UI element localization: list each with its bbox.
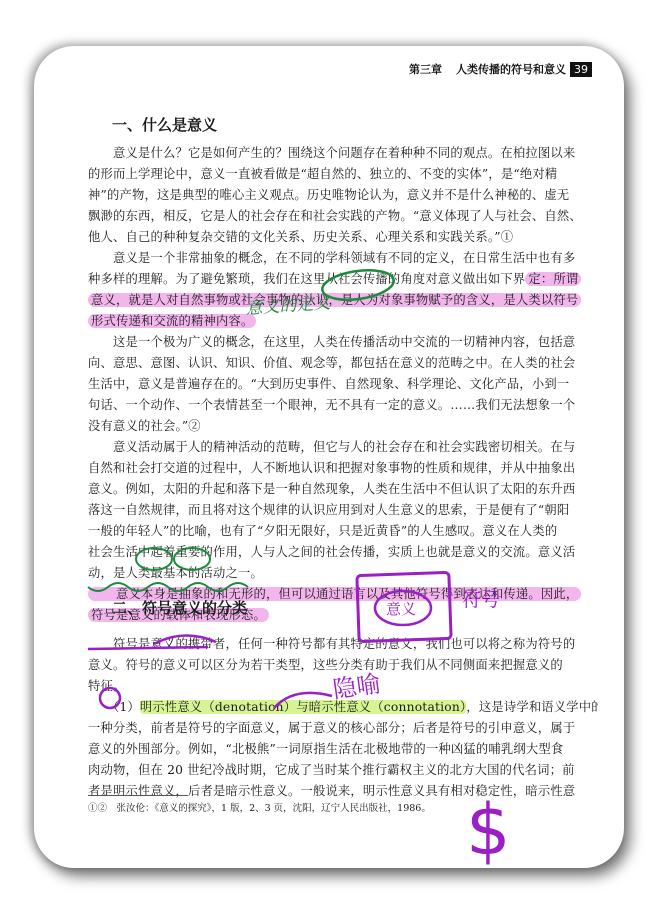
text-line: 种多样的理解。为了避免繁琐，我们在这里从社会传播的角度对意义做出如下界定：所谓 xyxy=(88,269,598,290)
footnote: ①② 张汝伦：《意义的探究》，1 版，2、3 页，沈阳，辽宁人民出版社，1986… xyxy=(88,802,431,816)
text-line: 特征。 xyxy=(88,676,598,697)
text-line: 飘渺的东西，相反，它是人的社会存在和社会实践的产物。“意义体现了人与社会、自然、 xyxy=(88,206,598,227)
text-line: 向、意思、意图、认识、知识、价值、观念等，都包括在意义的范畴之中。在人类的社会 xyxy=(88,353,598,374)
running-head: 第三章 人类传播的符号和意义 39 xyxy=(409,61,592,77)
text-line: 肉动物，但在 20 世纪冷战时期，它成了当时某个推行霸权主义的北方大国的代名词；… xyxy=(88,760,598,781)
text-line: 落这一自然规律，而且将对这个规律的认识应用到对人生意义的思索，于是便有了“朝阳 xyxy=(88,500,598,521)
footnote-divider xyxy=(88,795,188,796)
text-line: 一种分类，前者是符号的字面意义，属于意义的核心部分；后者是符号的引申意义，属于 xyxy=(88,718,598,739)
text-line: 一般的年轻人”的比喻，也有了“夕阳无限好，只是近黄昏”的人生感叹。意义在人类的 xyxy=(88,521,598,542)
text-line: 没有意义的社会。”② xyxy=(88,416,598,437)
text-line: 意义，就是人对自然事物或社会事物的认识，是人为对象事物赋予的含义，是人类以符号 xyxy=(88,290,598,311)
text-line: 他人、自己的种种复杂交错的文化关系、历史关系、心理关系和实践关系。”① xyxy=(88,227,598,248)
text-line: 的形而上学理论中，意义一直被看做是“超自然的、独立的、不变的实体”，是“绝对精 xyxy=(88,164,598,185)
text-line: 符号是意义的携带者，任何一种符号都有其特定的意义，我们也可以将之称为符号的 xyxy=(88,634,598,655)
text-line: 生活中，意义是普遍存在的。“大到历史事件、自然现象、科学理论、文化产品，小到一 xyxy=(88,374,598,395)
text-line: 神”的产物，这是典型的唯心主义观点。历史唯物论认为，意义并不是什么神秘的、虚无 xyxy=(88,185,598,206)
chapter-title: 人类传播的符号和意义 xyxy=(456,61,566,77)
chapter-label: 第三章 xyxy=(409,61,442,77)
section-heading-1: 一、什么是意义 xyxy=(112,114,217,135)
book-page: 第三章 人类传播的符号和意义 39 一、什么是意义 意义是什么？它是如何产生的？… xyxy=(34,46,624,868)
text-line: 意义是什么？它是如何产生的？围绕这个问题存在着种种不同的观点。在柏拉图以来 xyxy=(88,143,598,164)
text-line: 意义是一个非常抽象的概念，在不同的学科领域有不同的定义，在日常生活中也有多 xyxy=(88,248,598,269)
text-line: 自然和社会打交道的过程中，人不断地认识和把握对象事物的性质和规律，并从中抽象出 xyxy=(88,458,598,479)
text-line: 动，是人类最基本的活动之一。 xyxy=(88,563,598,584)
text-line: 这是一个极为广义的概念，在这里，人类在传播活动中交流的一切精神内容，包括意 xyxy=(88,332,598,353)
text-line: 意义。符号的意义可以区分为若干类型，这些分类有助于我们从不同侧面来把握意义的 xyxy=(88,655,598,676)
text-line: 意义的外围部分。例如，“北极熊”一词原指生活在北极地带的一种凶猛的哺乳纲大型食 xyxy=(88,739,598,760)
text-line: 形式传递和交流的精神内容。 xyxy=(88,311,598,332)
text-line: 意义活动属于人的精神活动的范畴，但它与人的社会存在和社会实践密切相关。在与 xyxy=(88,437,598,458)
text-line: 社会生活中起着重要的作用，人与人之间的社会传播，实质上也就是意义的交流。意义活 xyxy=(88,542,598,563)
page-number: 39 xyxy=(570,62,592,77)
text-line: （1）明示性意义（denotation）与暗示性意义（connotation），… xyxy=(88,697,598,718)
text-line: 者是明示性意义，后者是暗示性意义。一般说来，明示性意义具有相对稳定性，暗示性意 xyxy=(88,781,598,802)
section-heading-2: 二、符号意义的分类 xyxy=(112,597,247,618)
text-line: 意义。例如，太阳的升起和落下是一种自然现象，人类在生活中不但认识了太阳的东升西 xyxy=(88,479,598,500)
text-line: 句话、一个动作、一个表情甚至一个眼神，无不具有一定的意义。……我们无法想象一个 xyxy=(88,395,598,416)
